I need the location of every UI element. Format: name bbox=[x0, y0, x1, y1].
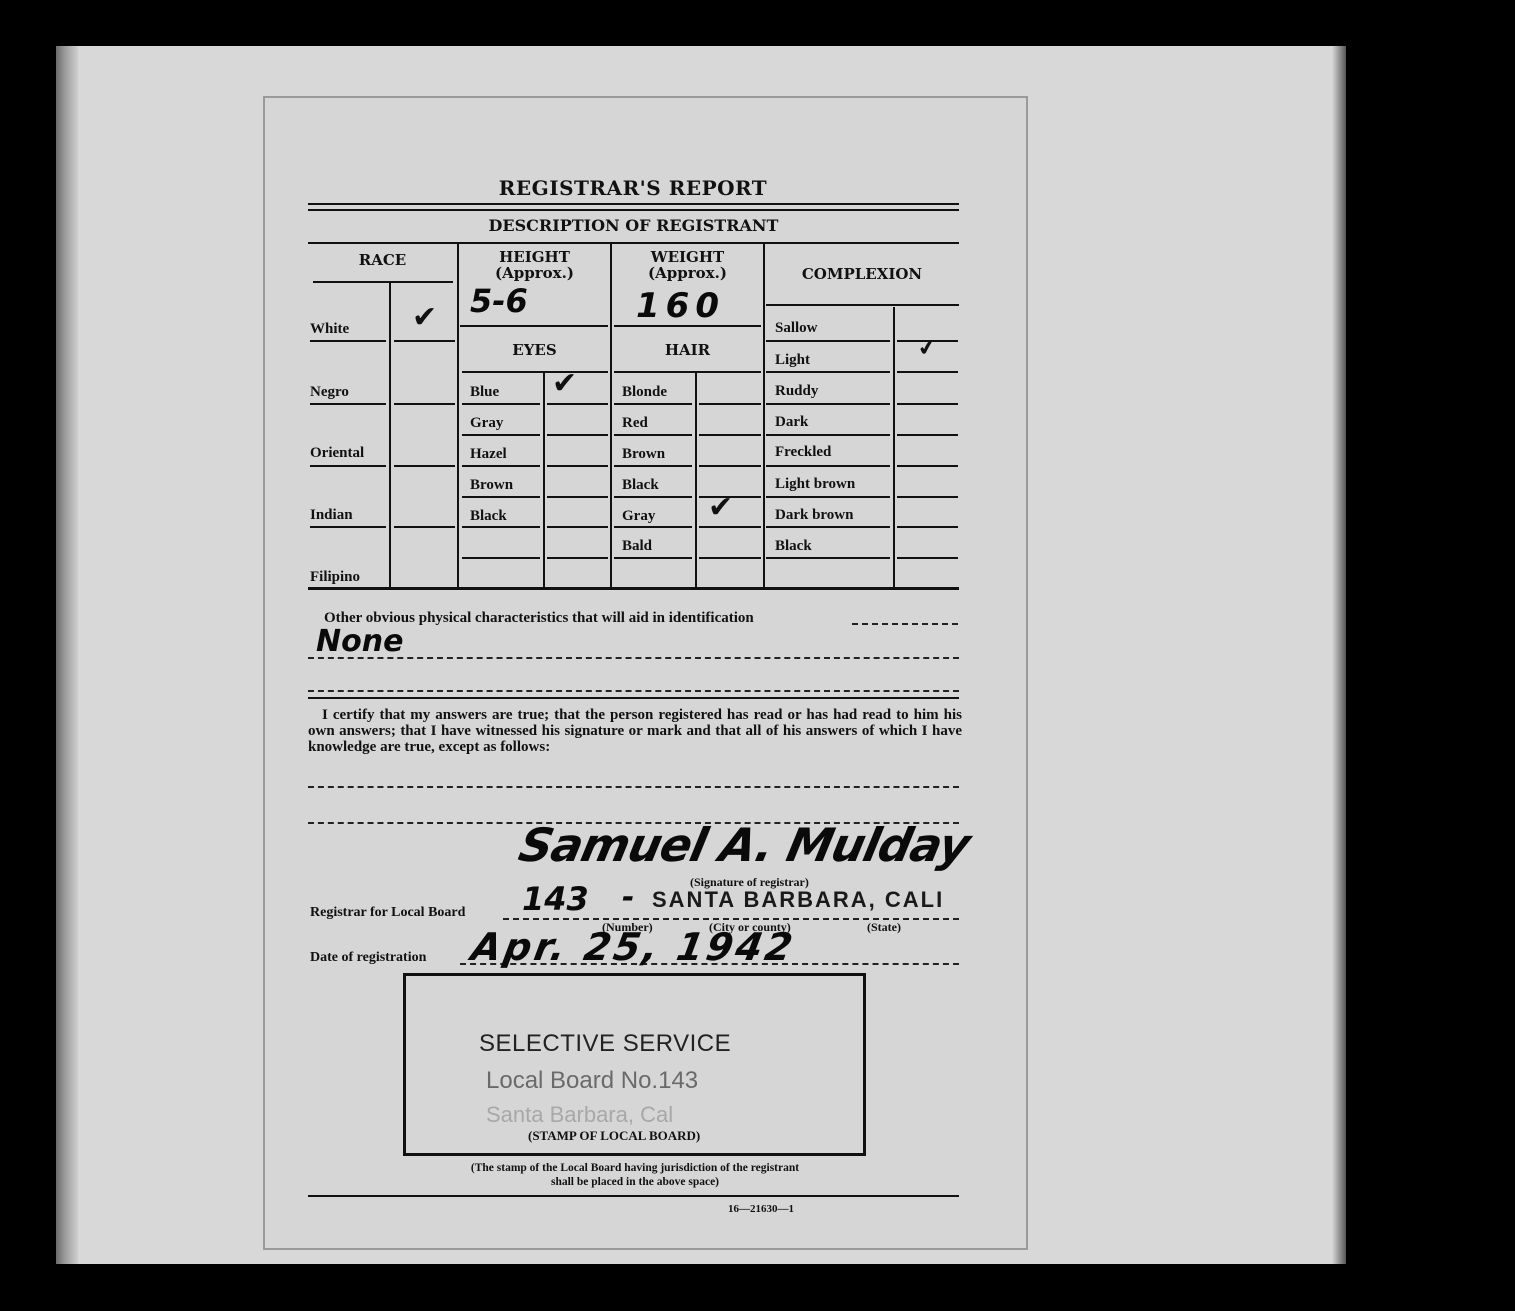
complexion-header-rule bbox=[766, 304, 959, 306]
complexion-option-black: Black bbox=[775, 538, 812, 555]
hair-check-rule bbox=[699, 557, 761, 559]
local-board-separator: - bbox=[622, 880, 634, 915]
race-option-indian: Indian bbox=[310, 507, 353, 524]
local-board-number: 143 bbox=[522, 880, 589, 918]
eyes-option-black: Black bbox=[470, 508, 507, 525]
complexion-option-freckled: Freckled bbox=[775, 444, 831, 461]
hair-option-bald: Bald bbox=[622, 538, 652, 555]
form-number: 16—21630—1 bbox=[728, 1203, 794, 1215]
race-check-rule bbox=[394, 403, 455, 405]
eyes-check-rule bbox=[547, 557, 608, 559]
hair-row-rule bbox=[614, 557, 692, 559]
complexion-check-divider bbox=[893, 307, 895, 588]
weight-approx: (Approx.) bbox=[612, 265, 763, 282]
complexion-check-rule bbox=[897, 526, 958, 528]
complexion-header: COMPLEXION bbox=[765, 266, 959, 283]
hair-row-rule bbox=[614, 526, 692, 528]
hair-row-rule bbox=[614, 496, 692, 498]
footer-rule bbox=[308, 1195, 959, 1197]
hair-check-rule bbox=[699, 434, 761, 436]
eyes-row-rule bbox=[462, 557, 540, 559]
hair-check-rule bbox=[699, 526, 761, 528]
stamp-caption: (STAMP OF LOCAL BOARD) bbox=[528, 1128, 700, 1144]
eyes-check-rule bbox=[547, 403, 608, 405]
section-divider-rule bbox=[308, 697, 959, 699]
race-check-divider bbox=[389, 283, 391, 588]
complexion-check-rule bbox=[897, 557, 958, 559]
paper-torn-right-edge bbox=[1332, 46, 1346, 1264]
height-approx: (Approx.) bbox=[459, 265, 610, 282]
eyes-option-blue: Blue bbox=[470, 384, 499, 401]
hair-option-black: Black bbox=[622, 477, 659, 494]
hair-option-red: Red bbox=[622, 415, 648, 432]
complexion-check-rule bbox=[897, 403, 958, 405]
eyes-header: EYES bbox=[459, 342, 610, 359]
hair-check-divider bbox=[695, 373, 697, 588]
local-board-city-state: SANTA BARBARA, CALI bbox=[652, 887, 944, 913]
race-check-rule bbox=[394, 526, 455, 528]
eyes-option-brown: Brown bbox=[470, 477, 513, 494]
dotted-line bbox=[308, 690, 959, 692]
complexion-check-rule bbox=[897, 465, 958, 467]
eyes-row-rule bbox=[462, 496, 540, 498]
dotted-line bbox=[308, 657, 959, 659]
stamp-note-line-2: shall be placed in the above space) bbox=[400, 1176, 870, 1188]
title-rule-2 bbox=[308, 209, 959, 211]
complexion-row-rule bbox=[766, 434, 890, 436]
eyes-row-rule bbox=[462, 434, 540, 436]
complexion-option-light: Light bbox=[775, 352, 810, 369]
complexion-option-dark-brown: Dark brown bbox=[775, 507, 854, 524]
registration-date-label: Date of registration bbox=[310, 950, 426, 966]
hair-row-rule bbox=[614, 465, 692, 467]
eyes-option-gray: Gray bbox=[470, 415, 503, 432]
paper-torn-left-edge bbox=[56, 46, 78, 1264]
complexion-check-rule bbox=[897, 371, 958, 373]
registrar-signature: Samuel A. Mulday bbox=[514, 818, 974, 872]
table-top-rule bbox=[308, 242, 959, 244]
race-option-oriental: Oriental bbox=[310, 445, 364, 462]
col-divider-weight bbox=[763, 243, 765, 588]
exceptions-dotted-line bbox=[308, 786, 959, 788]
table-bottom-rule bbox=[308, 587, 959, 590]
complexion-check-rule bbox=[897, 340, 958, 342]
eyes-check-rule bbox=[547, 465, 608, 467]
hair-header-rule bbox=[614, 371, 761, 373]
race-row-rule bbox=[310, 340, 386, 342]
complexion-check-rule bbox=[897, 496, 958, 498]
complexion-row-rule bbox=[766, 465, 890, 467]
hair-row-rule bbox=[614, 434, 692, 436]
complexion-row-rule bbox=[766, 403, 890, 405]
hair-row-rule bbox=[614, 403, 692, 405]
stamp-note-line-1: (The stamp of the Local Board having jur… bbox=[400, 1162, 870, 1174]
eyes-row-rule bbox=[462, 465, 540, 467]
complexion-row-rule bbox=[766, 496, 890, 498]
race-row-rule bbox=[310, 403, 386, 405]
race-option-negro: Negro bbox=[310, 384, 349, 401]
title-rule-1 bbox=[308, 203, 959, 205]
hair-header: HAIR bbox=[612, 342, 763, 359]
stamp-line-santa-barbara: Santa Barbara, Cal bbox=[486, 1102, 673, 1128]
height-rule bbox=[460, 325, 608, 327]
hair-check-rule bbox=[699, 496, 761, 498]
eyes-blue-checkmark: ✔ bbox=[552, 366, 577, 401]
race-white-checkmark: ✔ bbox=[412, 300, 437, 335]
col-divider-race bbox=[457, 243, 459, 588]
eyes-check-rule bbox=[547, 434, 608, 436]
stamp-line-selective-service: SELECTIVE SERVICE bbox=[479, 1030, 731, 1058]
eyes-row-rule bbox=[462, 403, 540, 405]
complexion-row-rule bbox=[766, 371, 890, 373]
complexion-option-ruddy: Ruddy bbox=[775, 383, 818, 400]
hair-check-rule bbox=[699, 465, 761, 467]
race-option-white: White bbox=[310, 321, 349, 338]
eyes-check-rule bbox=[547, 496, 608, 498]
eyes-check-rule bbox=[547, 526, 608, 528]
eyes-row-rule bbox=[462, 526, 540, 528]
caption-state: (State) bbox=[867, 920, 901, 935]
race-option-filipino: Filipino bbox=[310, 569, 360, 586]
race-header-rule bbox=[313, 281, 453, 283]
race-row-rule bbox=[310, 465, 386, 467]
complexion-option-sallow: Sallow bbox=[775, 320, 818, 337]
weight-rule bbox=[614, 325, 761, 327]
eyes-header-rule bbox=[462, 371, 608, 373]
complexion-row-rule bbox=[766, 340, 890, 342]
certification-text: I certify that my answers are true; that… bbox=[308, 707, 962, 755]
race-check-rule bbox=[394, 465, 455, 467]
race-row-rule bbox=[310, 526, 386, 528]
race-header: RACE bbox=[310, 252, 455, 269]
weight-value: 160 bbox=[636, 286, 725, 326]
registration-date-value: Apr. 25, 1942 bbox=[468, 925, 799, 969]
other-characteristics-dotted-line bbox=[852, 623, 958, 625]
race-check-rule bbox=[394, 340, 455, 342]
complexion-check-rule bbox=[897, 434, 958, 436]
hair-option-blonde: Blonde bbox=[622, 384, 667, 401]
complexion-option-light-brown: Light brown bbox=[775, 476, 855, 493]
col-divider-height bbox=[610, 243, 612, 588]
eyes-check-divider bbox=[543, 373, 545, 588]
eyes-option-hazel: Hazel bbox=[470, 446, 507, 463]
complexion-row-rule bbox=[766, 557, 890, 559]
complexion-row-rule bbox=[766, 526, 890, 528]
section-title: DESCRIPTION OF REGISTRANT bbox=[308, 217, 959, 234]
document-title: REGISTRAR'S REPORT bbox=[308, 176, 958, 200]
height-value: 5-6 bbox=[470, 282, 528, 320]
stamp-line-local-board: Local Board No.143 bbox=[486, 1067, 698, 1095]
hair-option-gray: Gray bbox=[622, 508, 655, 525]
complexion-option-dark: Dark bbox=[775, 414, 808, 431]
other-characteristics-value: None bbox=[316, 624, 403, 659]
local-board-label: Registrar for Local Board bbox=[310, 905, 465, 921]
hair-check-rule bbox=[699, 403, 761, 405]
hair-option-brown: Brown bbox=[622, 446, 665, 463]
